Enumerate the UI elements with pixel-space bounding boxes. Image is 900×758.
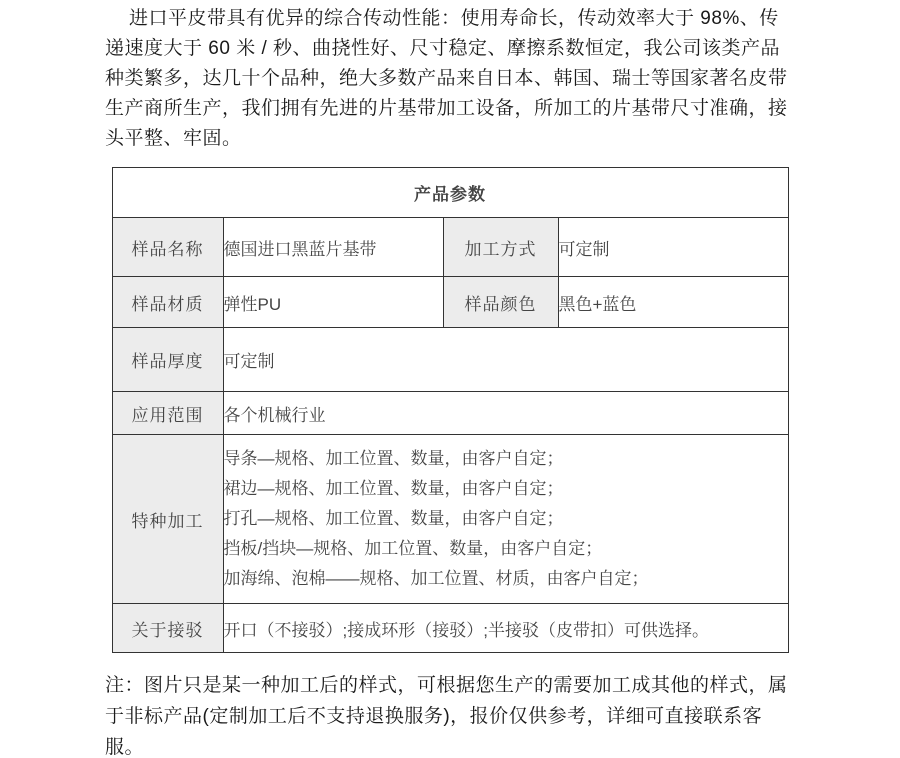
table-row: 应用范围 各个机械行业 (112, 392, 788, 435)
table-row: 样品厚度 可定制 (112, 328, 788, 392)
special-processing-label: 特种加工 (112, 435, 223, 604)
special-processing-line: 裙边—规格、加工位置、数量，由客户自定； (224, 474, 788, 504)
sample-color-value: 黑色+蓝色 (558, 277, 788, 328)
special-processing-line: 挡板/挡块—规格、加工位置、数量，由客户自定； (224, 534, 788, 564)
table-row: 关于接驳 开口（不接驳）;接成环形（接驳）;半接驳（皮带扣）可供选择。 (112, 604, 788, 653)
table-title: 产品参数 (112, 168, 788, 218)
product-description-section: 进口平皮带具有优异的综合传动性能：使用寿命长，传动效率大于 98%、传递速度大于… (105, 0, 795, 758)
product-parameters-table: 产品参数 样品名称 德国进口黑蓝片基带 加工方式 可定制 样品材质 弹性PU 样… (112, 167, 789, 653)
table-title-row: 产品参数 (112, 168, 788, 218)
footnote-paragraph: 注：图片只是某一种加工后的样式，可根据您生产的需要加工成其他的样式，属于非标产品… (105, 670, 795, 758)
special-processing-line: 导条—规格、加工位置、数量，由客户自定； (224, 444, 788, 474)
sample-thickness-label: 样品厚度 (112, 328, 223, 392)
sample-thickness-value: 可定制 (223, 328, 788, 392)
sample-color-label: 样品颜色 (443, 277, 558, 328)
table-row: 样品名称 德国进口黑蓝片基带 加工方式 可定制 (112, 218, 788, 277)
splicing-value: 开口（不接驳）;接成环形（接驳）;半接驳（皮带扣）可供选择。 (223, 604, 788, 653)
table-row: 特种加工 导条—规格、加工位置、数量，由客户自定； 裙边—规格、加工位置、数量，… (112, 435, 788, 604)
processing-method-label: 加工方式 (443, 218, 558, 277)
sample-name-label: 样品名称 (112, 218, 223, 277)
table-row: 样品材质 弹性PU 样品颜色 黑色+蓝色 (112, 277, 788, 328)
application-range-label: 应用范围 (112, 392, 223, 435)
special-processing-line: 打孔—规格、加工位置、数量，由客户自定； (224, 504, 788, 534)
special-processing-line: 加海绵、泡棉——规格、加工位置、材质，由客户自定； (224, 564, 788, 594)
sample-name-value: 德国进口黑蓝片基带 (223, 218, 443, 277)
processing-method-value: 可定制 (558, 218, 788, 277)
application-range-value: 各个机械行业 (223, 392, 788, 435)
special-processing-value: 导条—规格、加工位置、数量，由客户自定； 裙边—规格、加工位置、数量，由客户自定… (223, 435, 788, 604)
splicing-label: 关于接驳 (112, 604, 223, 653)
sample-material-value: 弹性PU (223, 277, 443, 328)
intro-paragraph: 进口平皮带具有优异的综合传动性能：使用寿命长，传动效率大于 98%、传递速度大于… (105, 4, 795, 154)
sample-material-label: 样品材质 (112, 277, 223, 328)
